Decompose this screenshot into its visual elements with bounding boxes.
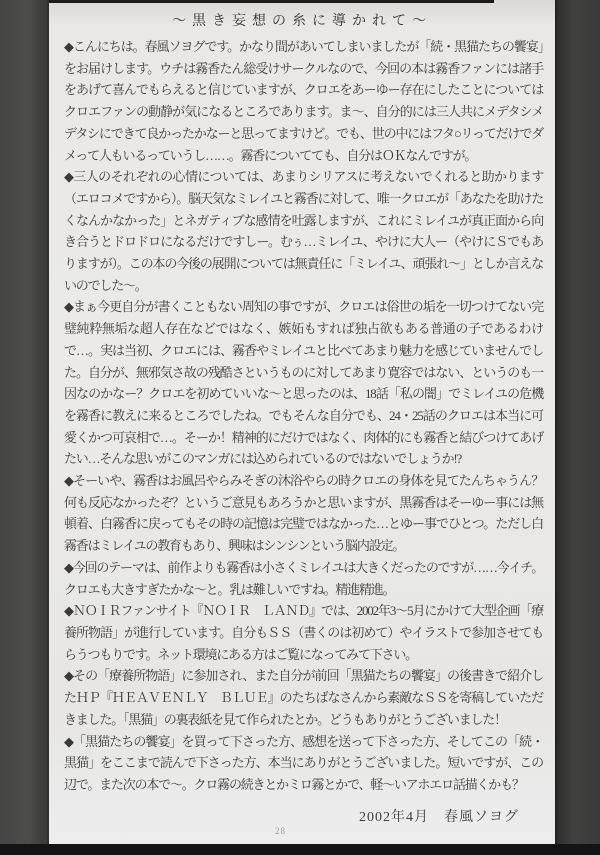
page-title: ～黒き妄想の糸に導かれて～ [49,10,555,30]
paragraph: ◆ＮＯＩＲファンサイト『ＮＯＩＲ ＬＡＮＤ』では、2002年3～5月にかけて大型… [64,600,543,665]
paragraph: ◆そーいや、霧香はお風呂やらみそぎの沐浴やらの時クロエの身体を見てたんちゃうん？… [64,470,543,557]
paragraph: ◆今回のテーマは、前作よりも霧香は小さくミレイユは大きくだったのですが……今イチ… [64,557,543,600]
footer-date-author: 2002年4月 春風ソヨグ [359,806,519,826]
scan-background-bottom [0,844,600,855]
scan-background-right [557,0,600,844]
afterword-text: ◆こんにちは。春風ソヨグです。かなり間があいてしまいましたが「続・黒猫たちの饗宴… [64,36,543,796]
paragraph: ◆その「療養所物語」に参加され、また自分が前回「黒猫たちの饗宴」の後書きで紹介し… [64,665,543,730]
paragraph: ◆「黒猫たちの饗宴」を買って下さった方、感想を送って下さった方、そしてこの「続・… [64,731,543,796]
paragraph: ◆こんにちは。春風ソヨグです。かなり間があいてしまいましたが「続・黒猫たちの饗宴… [64,36,543,166]
paragraph: ◆まぁ今更自分が書くこともない周知の事ですが、クロエは俗世の垢を一切つけてない完… [64,296,543,470]
scan-background-left [0,0,47,844]
paper-page: ～黒き妄想の糸に導かれて～ ◆こんにちは。春風ソヨグです。かなり間があいてしまい… [47,0,557,844]
paragraph: ◆三人のそれぞれの心情については、あまりシリアスに考えないでくれると助かります（… [64,166,543,296]
scanned-page: ～黒き妄想の糸に導かれて～ ◆こんにちは。春風ソヨグです。かなり間があいてしまい… [0,0,600,855]
page-number: 28 [275,826,286,836]
